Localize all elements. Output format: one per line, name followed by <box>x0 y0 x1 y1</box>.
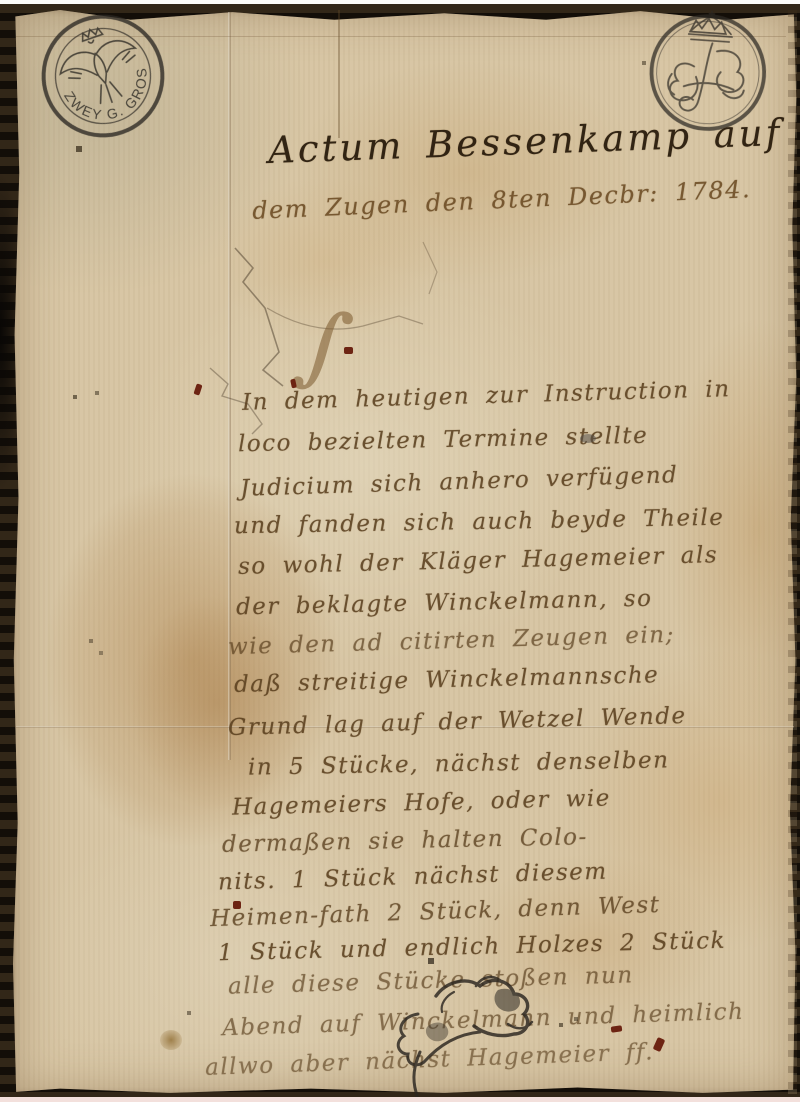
scanner-background-bottom <box>0 1097 800 1102</box>
wax-speck <box>344 347 353 354</box>
document-scan: ZWEY G. GROSCHEN Actum Bess <box>0 0 800 1102</box>
ink-smudge <box>580 434 596 443</box>
wax-speck <box>233 901 241 909</box>
crown-icon <box>688 10 733 42</box>
seal-inner-ring <box>653 18 762 127</box>
ink-blot <box>358 948 588 1102</box>
crowned-royal-monogram-icon <box>666 40 747 114</box>
torn-right-edge <box>788 10 797 1094</box>
stain-spot <box>160 1030 182 1050</box>
ink-specks <box>0 0 2 2</box>
